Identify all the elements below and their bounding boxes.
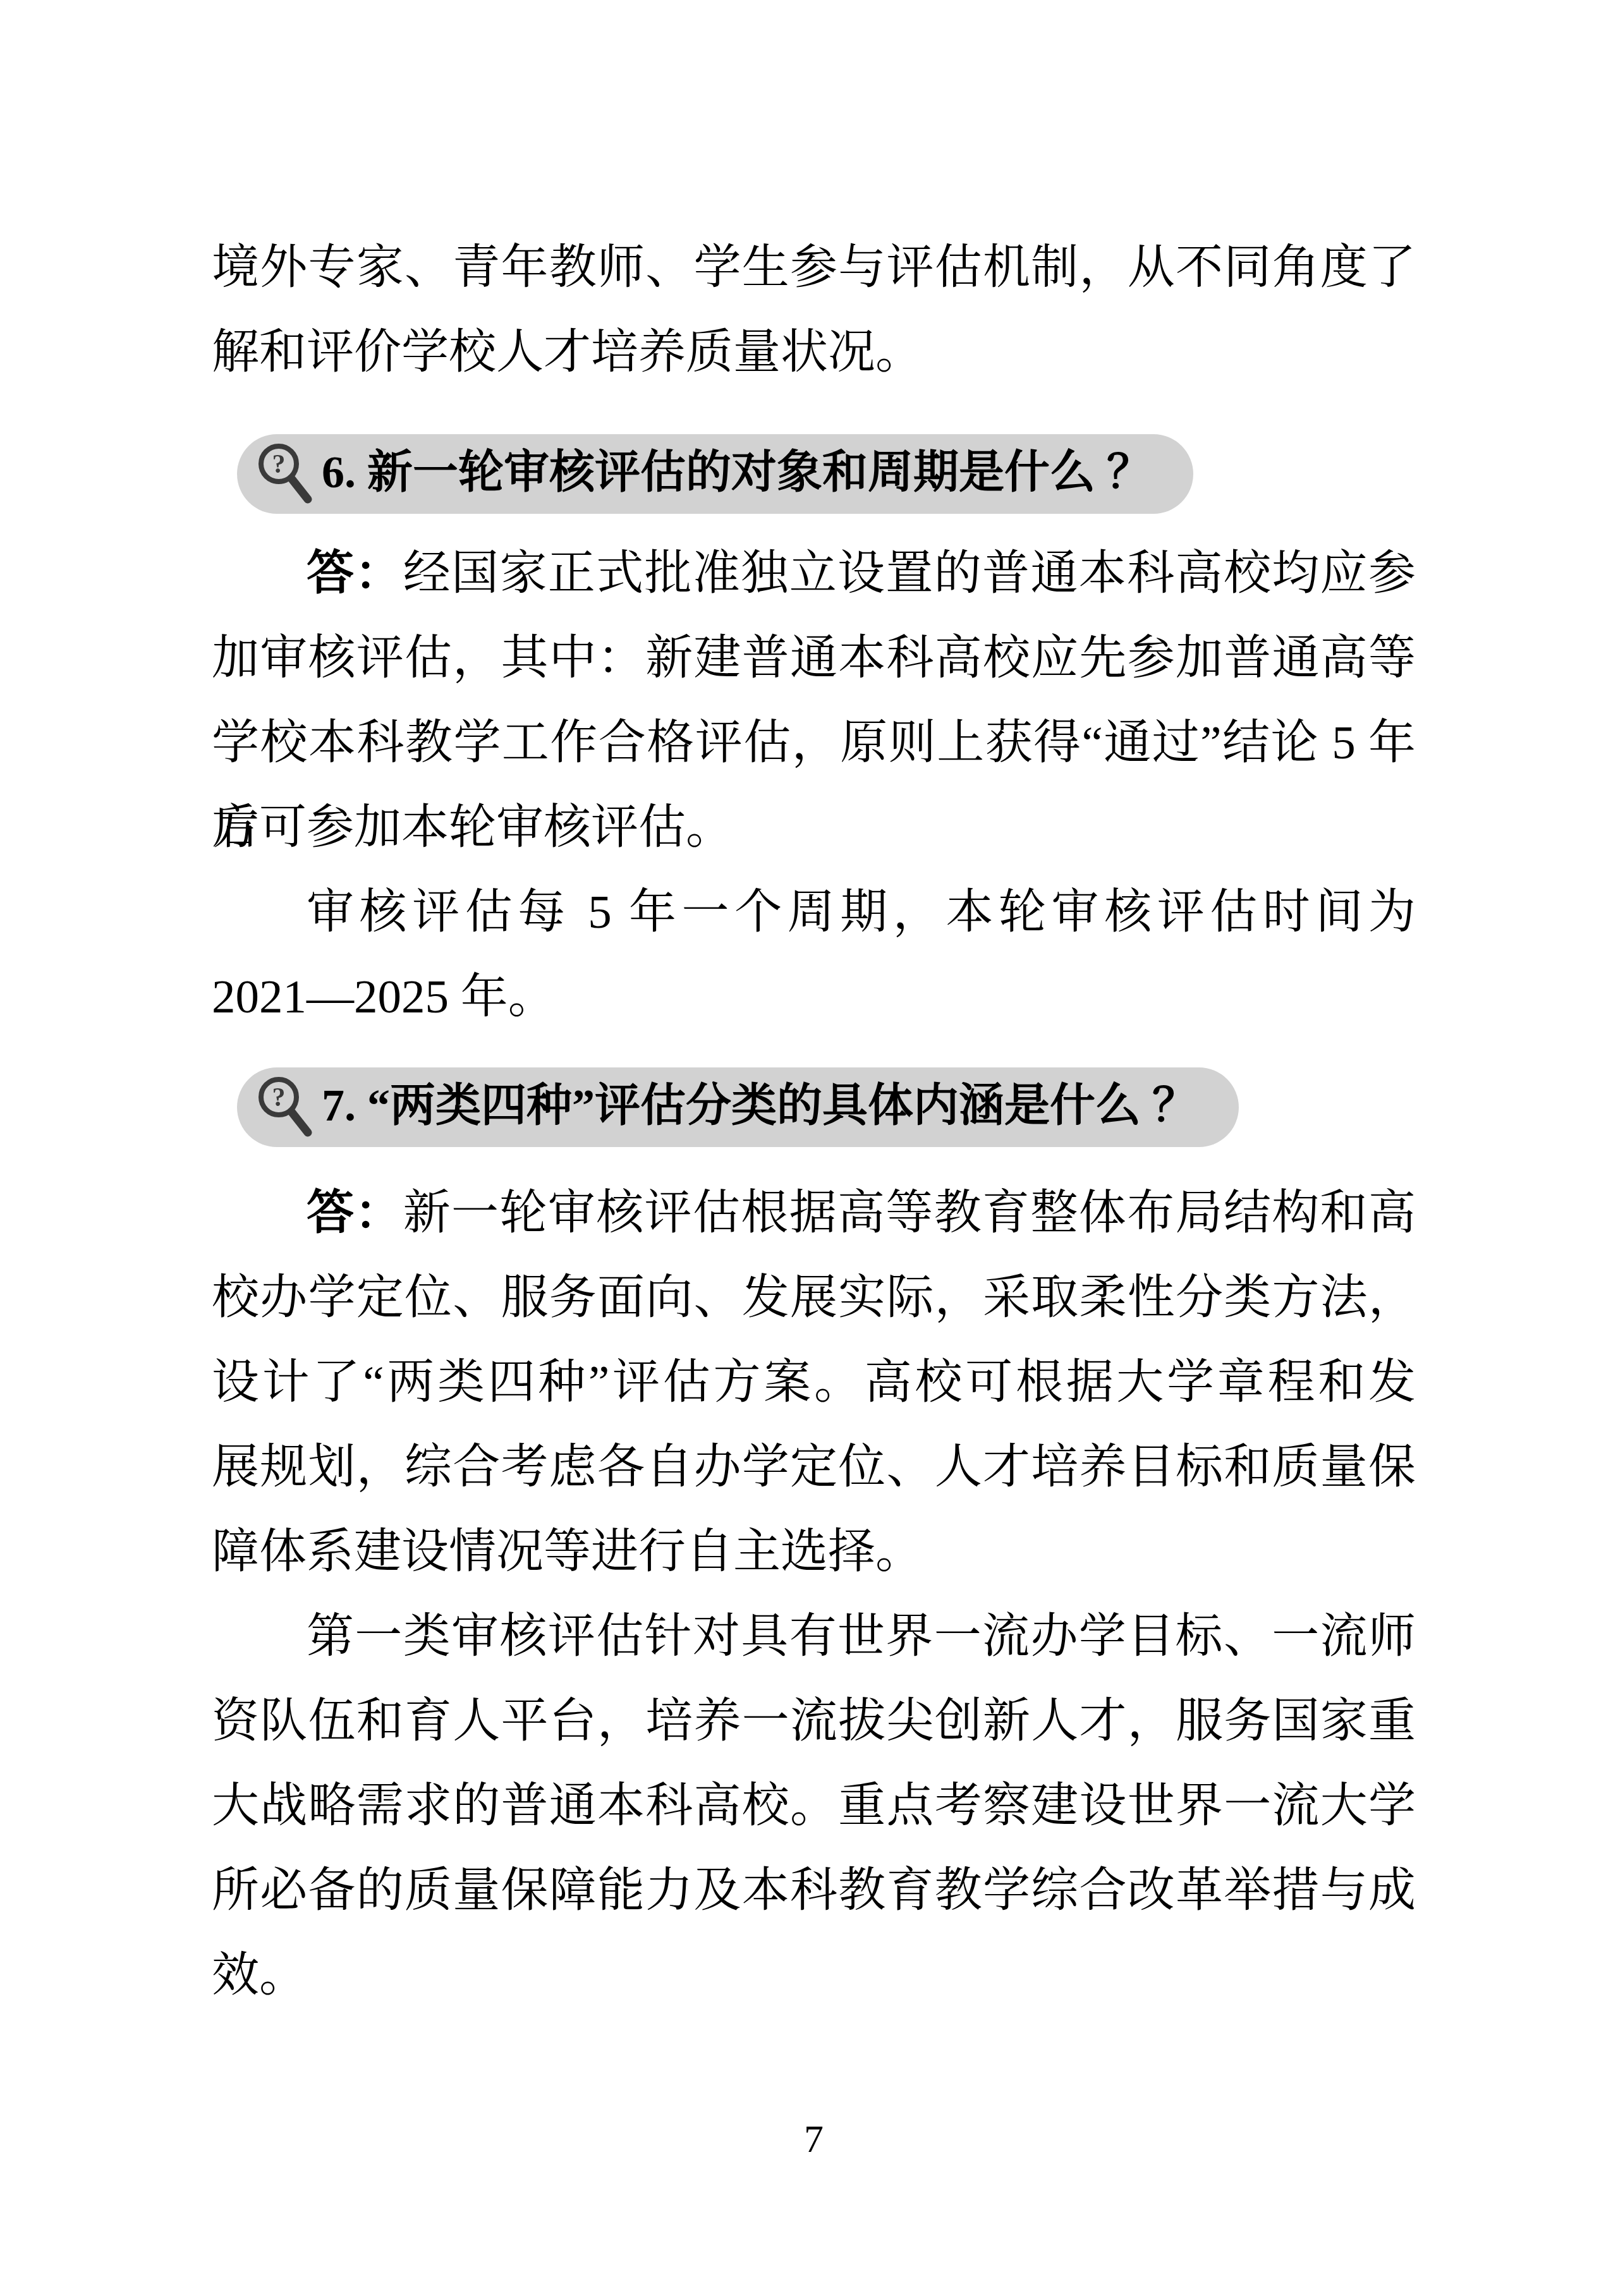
intro-line: 解和评价学校人才培养质量状况。 xyxy=(212,310,1416,395)
intro-line: 境外专家、青年教师、学生参与评估机制，从不同角度了 xyxy=(212,226,1416,310)
answer-line: 校办学定位、服务面向、发展实际，采取柔性分类方法， xyxy=(212,1256,1416,1340)
answer-line: 答：经国家正式批准独立设置的普通本科高校均应参 xyxy=(212,531,1416,616)
answer-text: 新一轮审核评估根据高等教育整体布局结构和高 xyxy=(403,1187,1416,1239)
answer-line: 学校本科教学工作合格评估，原则上获得“通过”结论 5 年后 xyxy=(212,701,1416,786)
question-7-title: 7. “两类四种”评估分类的具体内涵是什么 ？ xyxy=(322,1083,1198,1132)
question-7-banner: ? 7. “两类四种”评估分类的具体内涵是什么 ？ xyxy=(237,1067,1239,1147)
answer-line: 第一类审核评估针对具有世界一流办学目标、一流师 xyxy=(212,1594,1416,1679)
answer-line: 大战略需求的普通本科高校。重点考察建设世界一流大学 xyxy=(212,1764,1416,1849)
answer-line: 设计了“两类四种”评估方案。高校可根据大学章程和发 xyxy=(212,1340,1416,1425)
answer-line: 方可参加本轮审核评估。 xyxy=(212,786,1416,870)
svg-text:?: ? xyxy=(272,450,286,479)
magnifier-question-icon: ? xyxy=(255,441,318,507)
page-number: 7 xyxy=(212,2111,1416,2168)
answer-label: 答： xyxy=(307,1187,403,1239)
question-6-banner: ? 6. 新一轮审核评估的对象和周期是什么 ？ xyxy=(237,434,1193,514)
answer-line: 审核评估每 5 年一个周期，本轮审核评估时间为 xyxy=(212,870,1416,955)
document-page: 境外专家、青年教师、学生参与评估机制，从不同角度了 解和评价学校人才培养质量状况… xyxy=(0,0,1618,2296)
magnifier-question-icon: ? xyxy=(255,1074,318,1140)
answer-line: 所必备的质量保障能力及本科教育教学综合改革举措与成 xyxy=(212,1849,1416,1933)
answer-line: 加审核评估，其中：新建普通本科高校应先参加普通高等 xyxy=(212,616,1416,701)
answer-label: 答： xyxy=(307,547,403,600)
page-content: 境外专家、青年教师、学生参与评估机制，从不同角度了 解和评价学校人才培养质量状况… xyxy=(212,226,1416,2018)
answer-text: 经国家正式批准独立设置的普通本科高校均应参 xyxy=(403,547,1416,600)
answer-line: 2021—2025 年。 xyxy=(212,955,1416,1040)
answer-line: 答：新一轮审核评估根据高等教育整体布局结构和高 xyxy=(212,1171,1416,1256)
answer-line: 展规划，综合考虑各自办学定位、人才培养目标和质量保 xyxy=(212,1425,1416,1510)
answer-line: 效。 xyxy=(212,1933,1416,2018)
svg-text:?: ? xyxy=(272,1083,286,1112)
question-6-title: 6. 新一轮审核评估的对象和周期是什么 ？ xyxy=(322,449,1152,499)
answer-line: 资队伍和育人平台，培养一流拔尖创新人才，服务国家重 xyxy=(212,1679,1416,1764)
answer-line: 障体系建设情况等进行自主选择。 xyxy=(212,1510,1416,1594)
